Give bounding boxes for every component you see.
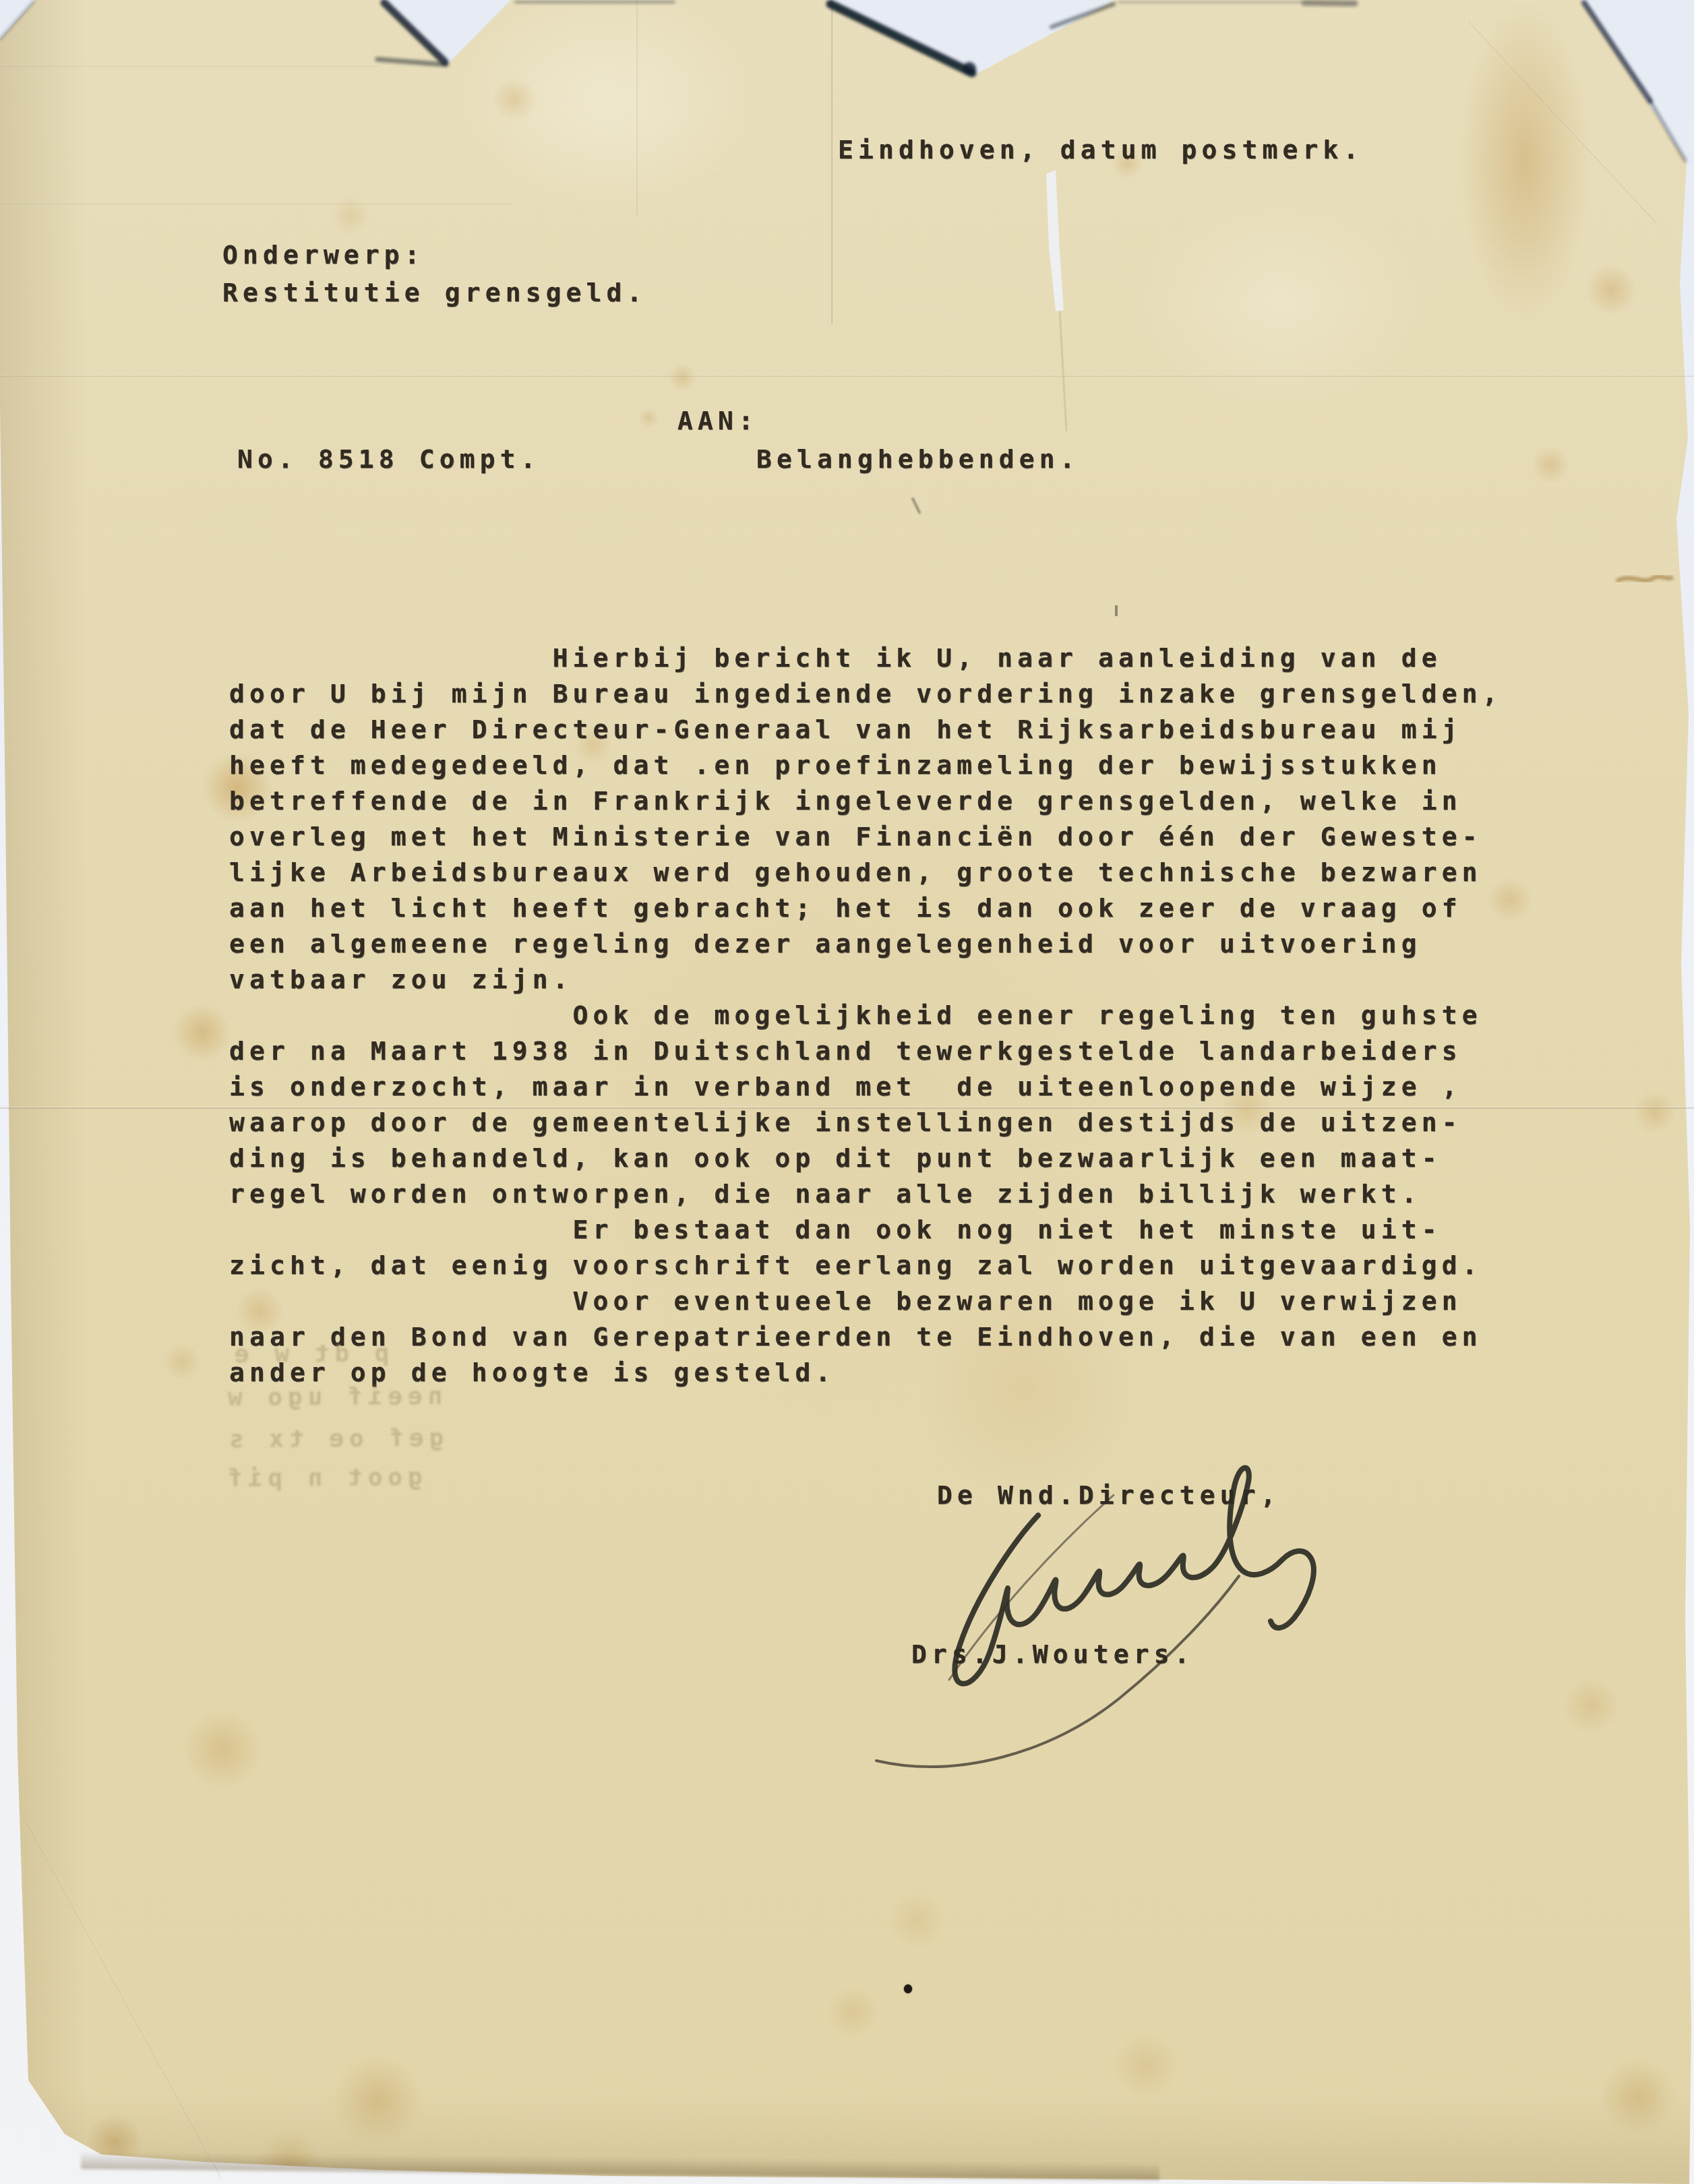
body-line: waarop door de gemeentelijke instellinge… (229, 1105, 1503, 1141)
reference-number: No. 8518 Compt. (237, 442, 541, 477)
body-line: naar den Bond van Gerepatrieerden te Ein… (229, 1319, 1503, 1355)
body-line: der na Maart 1938 in Duitschland tewerkg… (229, 1033, 1503, 1069)
subject-label: Onderwerp: (222, 237, 425, 273)
body-line: ding is behandeld, kan ook op dit punt b… (229, 1141, 1503, 1176)
to-label: AAN: (677, 403, 758, 439)
letter-body: Hierbij bericht ik U, naar aanleiding va… (229, 640, 1503, 1391)
body-line: vatbaar zou zijn. (229, 962, 1503, 998)
closing-role: De Wnd.Directeur, (937, 1478, 1281, 1513)
bleed-through-text: goot n pif (222, 1463, 423, 1492)
body-line: Er bestaat dan ook nog niet het minste u… (229, 1212, 1503, 1248)
body-line: betreffende de in Frankrijk ingeleverde … (229, 783, 1503, 819)
body-line: Hierbij bericht ik U, naar aanleiding va… (229, 640, 1503, 676)
bleed-through-text: neeif ugo w (222, 1383, 443, 1412)
body-line: Voor eventueele bezwaren moge ik U verwi… (229, 1283, 1503, 1319)
body-line: regel worden ontworpen, die naar alle zi… (229, 1176, 1503, 1212)
body-line: een algemeene regeling dezer aangelegenh… (229, 926, 1503, 962)
scanned-letter-page: { "document": { "kind": "typewritten let… (0, 0, 1694, 2184)
signed-name: Drs.J.Wouters. (911, 1637, 1194, 1672)
body-line: Ook de mogelijkheid eener regeling ten g… (229, 998, 1503, 1033)
body-line: aan het licht heeft gebracht; het is dan… (229, 890, 1503, 926)
body-line: heeft medegedeeld, dat .en proefinzameli… (229, 748, 1503, 783)
recipient: Belanghebbenden. (756, 442, 1080, 477)
body-line: overleg met het Ministerie van Financiën… (229, 819, 1503, 855)
bleed-through-text: p dt w e (229, 1339, 390, 1368)
dateline: Eindhoven, datum postmerk. (838, 132, 1363, 168)
body-line: lijke Arbeidsbureaux werd gehouden, groo… (229, 855, 1503, 890)
body-line: is onderzocht, maar in verband met de ui… (229, 1069, 1503, 1105)
body-line: dat de Heer Directeur-Generaal van het R… (229, 712, 1503, 748)
body-line: zicht, dat eenig voorschrift eerlang zal… (229, 1248, 1503, 1283)
subject: Restitutie grensgeld. (222, 275, 647, 311)
body-line: door U bij mijn Bureau ingediende vorder… (229, 676, 1503, 712)
bleed-through-text: gef oe tx s (224, 1424, 444, 1453)
